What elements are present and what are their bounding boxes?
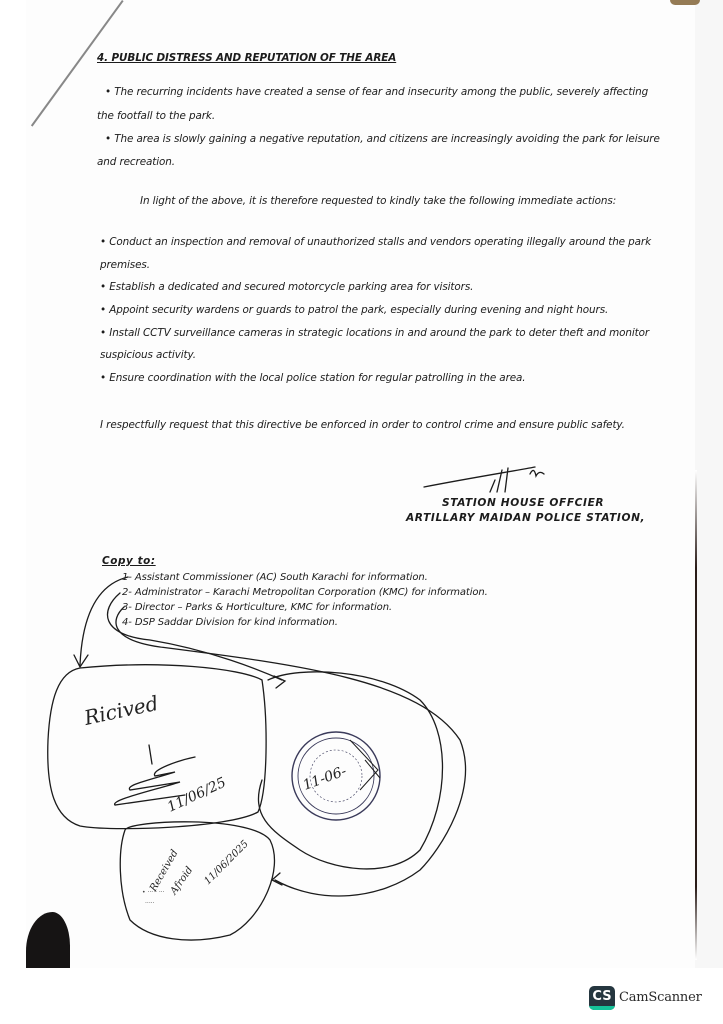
action-item-3: • Appoint security wardens or guards to … [100, 305, 608, 315]
copy-to-label: Copy to: [102, 556, 156, 566]
action-item-1: • Conduct an inspection and removal of u… [100, 237, 651, 247]
page-edge-line [695, 470, 697, 960]
copy-recipient-1: 1- Assistant Commissioner (AC) South Kar… [122, 573, 428, 583]
copy-recipient-2: 2- Administrator – Karachi Metropolitan … [122, 588, 488, 598]
camscanner-logo-text: CS [592, 989, 611, 1004]
section-heading-text: PUBLIC DISTRESS AND REPUTATION OF THE AR… [112, 52, 397, 64]
signatory-station: ARTILLARY MAIDAN POLICE STATION, [406, 513, 645, 524]
section-number: 4. [97, 52, 108, 64]
action-item-4: • Install CCTV surveillance cameras in s… [100, 328, 649, 338]
action-item-4-cont: suspicious activity. [100, 350, 196, 360]
scanned-page [26, 0, 696, 968]
copy-recipient-3: 3- Director – Parks & Horticulture, KMC … [122, 603, 392, 613]
camscanner-logo-icon: CS [589, 986, 615, 1010]
section-point-1: • The recurring incidents have created a… [105, 87, 648, 97]
copy-recipient-4: 4- DSP Saddar Division for kind informat… [122, 618, 338, 628]
section-point-1-cont: the footfall to the park. [97, 111, 215, 121]
action-item-1-cont: premises. [100, 260, 150, 270]
signatory-title: STATION HOUSE OFFCIER [442, 498, 604, 509]
camscanner-logo-stripe [589, 1006, 615, 1010]
request-intro: In light of the above, it is therefore r… [140, 196, 616, 206]
closing-statement: I respectfully request that this directi… [100, 420, 625, 430]
camscanner-app-name: CamScanner [619, 990, 702, 1005]
action-item-5: • Ensure coordination with the local pol… [100, 373, 526, 383]
section-heading: 4. PUBLIC DISTRESS AND REPUTATION OF THE… [97, 53, 396, 63]
scan-artifact [670, 0, 700, 5]
section-point-2-cont: and recreation. [97, 157, 175, 167]
action-item-2: • Establish a dedicated and secured moto… [100, 282, 473, 292]
section-point-2: • The area is slowly gaining a negative … [105, 134, 660, 144]
page-edge-shadow [695, 0, 723, 968]
